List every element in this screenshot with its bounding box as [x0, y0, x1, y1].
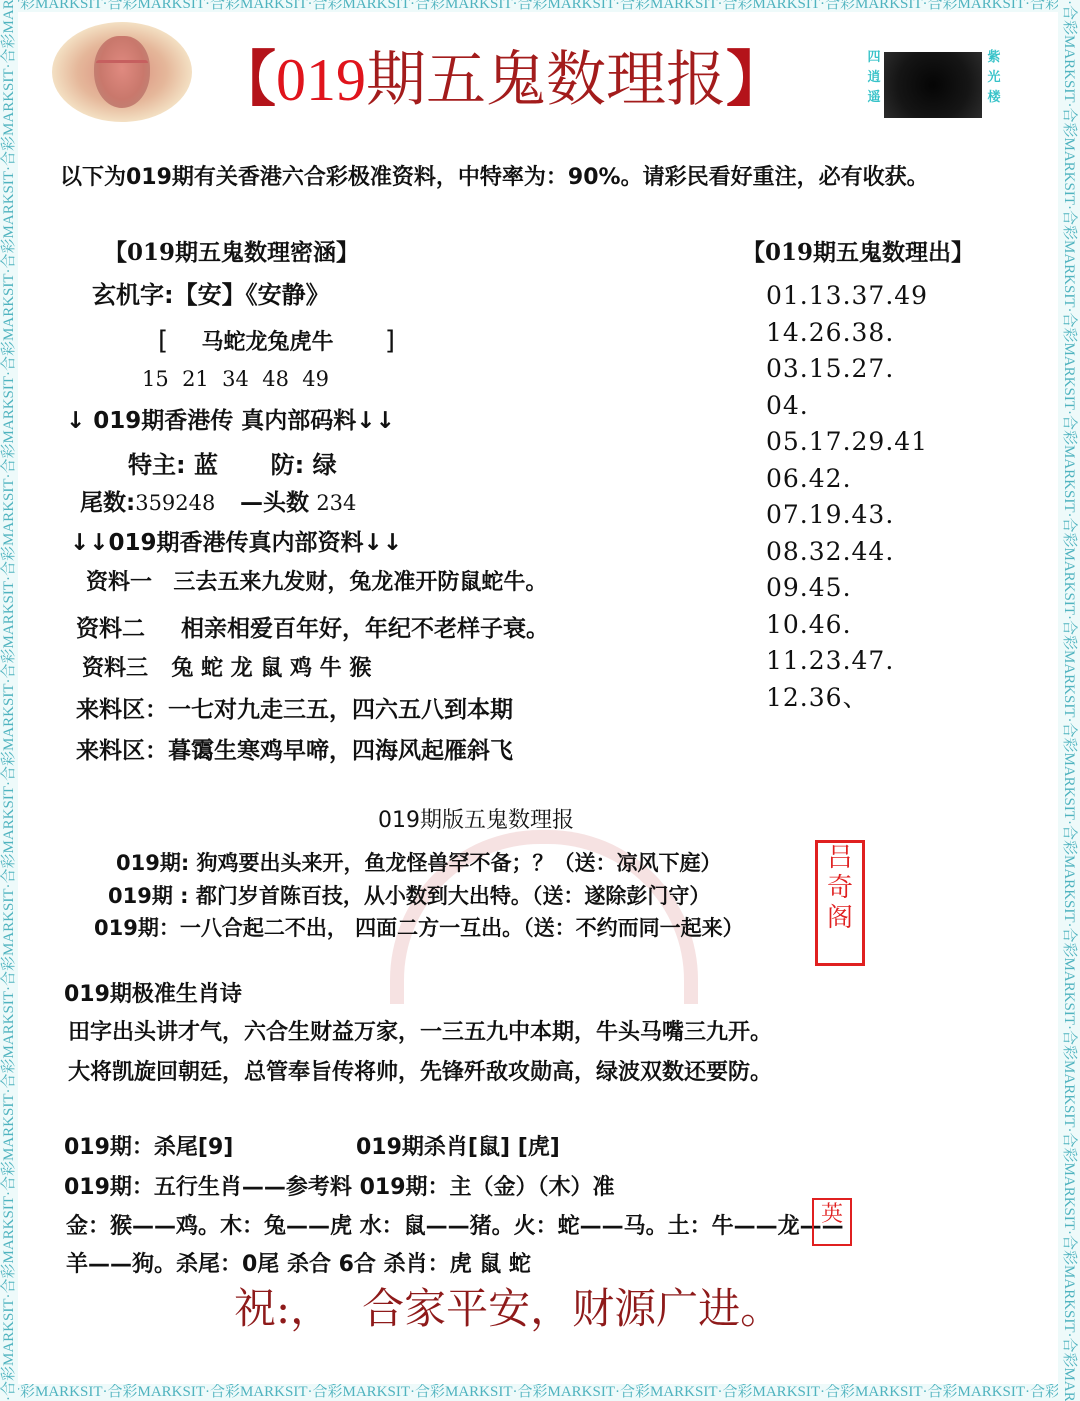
- info1-text: 三去五来九发财，兔龙准开防鼠蛇牛。: [173, 570, 547, 595]
- zodiac-bracket-open: [: [158, 326, 168, 356]
- zodiac-bracket-close: ]: [385, 326, 395, 356]
- number-row: 03.15.27.: [766, 351, 928, 388]
- avatar-portrait: [52, 22, 192, 122]
- watermark-border-right: ·合彩MARKSIT·合彩MARKSIT·合彩MARKSIT·合彩MARKSIT…: [1058, 0, 1080, 1401]
- number-row: 07.19.43.: [766, 497, 928, 534]
- qr-code-block: 四 逍 遥 紫 光 楼: [858, 40, 1008, 118]
- info3-text: 兔 蛇 龙 鼠 鸡 牛 猴: [171, 656, 371, 681]
- title-bracket-close: 】: [726, 47, 786, 113]
- number-row: 08.32.44.: [766, 534, 928, 571]
- intro-paragraph: 以下为019期有关香港六合彩极准资料，中特率为：90%。请彩民看好重注，必有收获…: [60, 160, 1045, 196]
- number-row: 14.26.38.: [766, 315, 928, 352]
- special-colors-line: 特主: 蓝 防: 绿: [128, 450, 337, 480]
- five-elements-title: 019期：五行生肖——参考料 019期：主（金）（木）准: [64, 1173, 615, 1203]
- blessing-text: 合家平安，财源广进。: [362, 1284, 782, 1333]
- source2-text: 暮霭生寒鸡早啼，四海风起雁斜飞: [168, 738, 513, 764]
- watermark-border-left: ·合彩MARKSIT·合彩MARKSIT·合彩MARKSIT·合彩MARKSIT…: [0, 0, 18, 1401]
- kill-zodiac: 019期杀肖[鼠] [虎]: [356, 1133, 560, 1163]
- red-seal-stamp: 吕 奇 阁: [815, 840, 865, 966]
- insider-code-title: ↓ 019期香港传 真内部码料↓↓: [66, 406, 395, 436]
- red-seal-small: 英: [812, 1198, 852, 1246]
- number-list: 01.13.37.49 14.26.38. 03.15.27. 04. 05.1…: [766, 278, 928, 716]
- report-title: 019期版五鬼数理报: [378, 806, 574, 836]
- number-row: 10.46.: [766, 607, 928, 644]
- right-section-title: 【019期五鬼数理出】: [742, 238, 974, 268]
- number-row: 04.: [766, 388, 928, 425]
- blessing-line: 祝:，合家平安，财源广进。: [234, 1283, 782, 1335]
- watermark-text: ·合彩MARKSIT·合彩MARKSIT·合彩MARKSIT·合彩MARKSIT…: [0, 0, 1080, 12]
- info1-label: 资料一: [86, 570, 152, 595]
- number-row: 11.23.47.: [766, 643, 928, 680]
- insider-info-title: ↓↓019期香港传真内部资料↓↓: [70, 528, 402, 558]
- number-row: 09.45.: [766, 570, 928, 607]
- report-line-1: 019期: 狗鸡要出头来开，鱼龙怪兽罕不备；？（送：凉风下庭）: [116, 848, 722, 878]
- poem-title: 019期极准生肖诗: [64, 980, 242, 1010]
- head-value: 234: [316, 491, 356, 515]
- zodiac-group: 马蛇龙兔虎牛: [202, 330, 334, 355]
- source-line-2: 来料区：暮霭生寒鸡早啼，四海风起雁斜飞: [76, 736, 513, 766]
- number-row: 06.42.: [766, 461, 928, 498]
- info-line-1: 资料一 三去五来九发财，兔龙准开防鼠蛇牛。: [86, 568, 547, 598]
- source1-text: 一七对九走三五，四六五八到本期: [168, 697, 513, 723]
- tail-head-line: 尾数:359248 —头数 234: [80, 488, 356, 518]
- source-line-1: 来料区：一七对九走三五，四六五八到本期: [76, 695, 513, 725]
- head-label: —头数: [240, 490, 309, 516]
- watermark-text: ·合彩MARKSIT·合彩MARKSIT·合彩MARKSIT·合彩MARKSIT…: [1060, 0, 1078, 1401]
- info3-label: 资料三: [82, 656, 148, 681]
- page-title: 【019期五鬼数理报】: [216, 40, 786, 120]
- title-period-number: 019: [276, 47, 366, 113]
- lucky-numbers: 15 21 34 48 49: [142, 364, 329, 394]
- poem-line-1: 田字出头讲才气，六合生财益万家，一三五九中本期，牛头马嘴三九开。: [68, 1018, 772, 1048]
- poem-line-2: 大将凯旋回朝廷，总管奉旨传将帅，先锋歼敌攻勋高，绿波双数还要防。: [68, 1058, 772, 1088]
- number-row: 12.36、: [766, 680, 928, 717]
- title-bracket-open: 【: [216, 47, 276, 113]
- watermark-text: ·合彩MARKSIT·合彩MARKSIT·合彩MARKSIT·合彩MARKSIT…: [0, 0, 18, 1401]
- special-guard: 防: 绿: [271, 451, 337, 479]
- qr-code-image: [884, 52, 982, 118]
- number-row: 01.13.37.49: [766, 278, 928, 315]
- blessing-prefix: 祝:，: [234, 1284, 332, 1333]
- source2-label: 来料区：: [76, 738, 168, 764]
- qr-side-label-left: 四 逍 遥: [864, 48, 884, 108]
- report-line-3: 019期：一八合起二不出， 四面二方一互出。（送：不约而同一起来）: [94, 913, 744, 943]
- tail-label: 尾数:: [80, 490, 135, 516]
- report-line-2: 019期 : 都门岁首陈百技，从小数到大出特。（送：遂除彭门守）: [108, 881, 710, 911]
- info2-label: 资料二: [76, 616, 145, 642]
- info-line-2: 资料二 相亲相爱百年好，年纪不老样子衰。: [76, 614, 549, 644]
- number-row: 05.17.29.41: [766, 424, 928, 461]
- kill-tail: 019期：杀尾[9]: [64, 1133, 233, 1163]
- left-section-title: 【019期五鬼数理密涵】: [104, 238, 359, 268]
- watermark-border-bottom: ·合彩MARKSIT·合彩MARKSIT·合彩MARKSIT·合彩MARKSIT…: [0, 1384, 1080, 1401]
- info-line-3: 资料三 兔 蛇 龙 鼠 鸡 牛 猴: [82, 654, 371, 684]
- zodiac-group-line: [ 马蛇龙兔虎牛 ]: [158, 326, 395, 358]
- watermark-border-top: ·合彩MARKSIT·合彩MARKSIT·合彩MARKSIT·合彩MARKSIT…: [0, 0, 1080, 12]
- avatar-glasses: [96, 60, 148, 73]
- title-text: 期五鬼数理报: [366, 47, 726, 113]
- watermark-text: ·合彩MARKSIT·合彩MARKSIT·合彩MARKSIT·合彩MARKSIT…: [0, 1384, 1080, 1400]
- tail-value: 359248: [135, 491, 215, 515]
- info2-text: 相亲相爱百年好，年纪不老样子衰。: [181, 616, 549, 642]
- special-main: 特主: 蓝: [128, 451, 218, 479]
- five-elements-line-2: 羊——狗。杀尾：0尾 杀合 6合 杀肖：虎 鼠 蛇: [66, 1250, 531, 1280]
- source1-label: 来料区：: [76, 697, 168, 723]
- five-elements-line-1: 金：猴——鸡。木：兔——虎 水：鼠——猪。火：蛇——马。土：牛——龙——: [66, 1212, 844, 1242]
- xuanji-line: 玄机字:【安】《安静》: [92, 280, 330, 310]
- qr-side-label-right: 紫 光 楼: [984, 48, 1004, 108]
